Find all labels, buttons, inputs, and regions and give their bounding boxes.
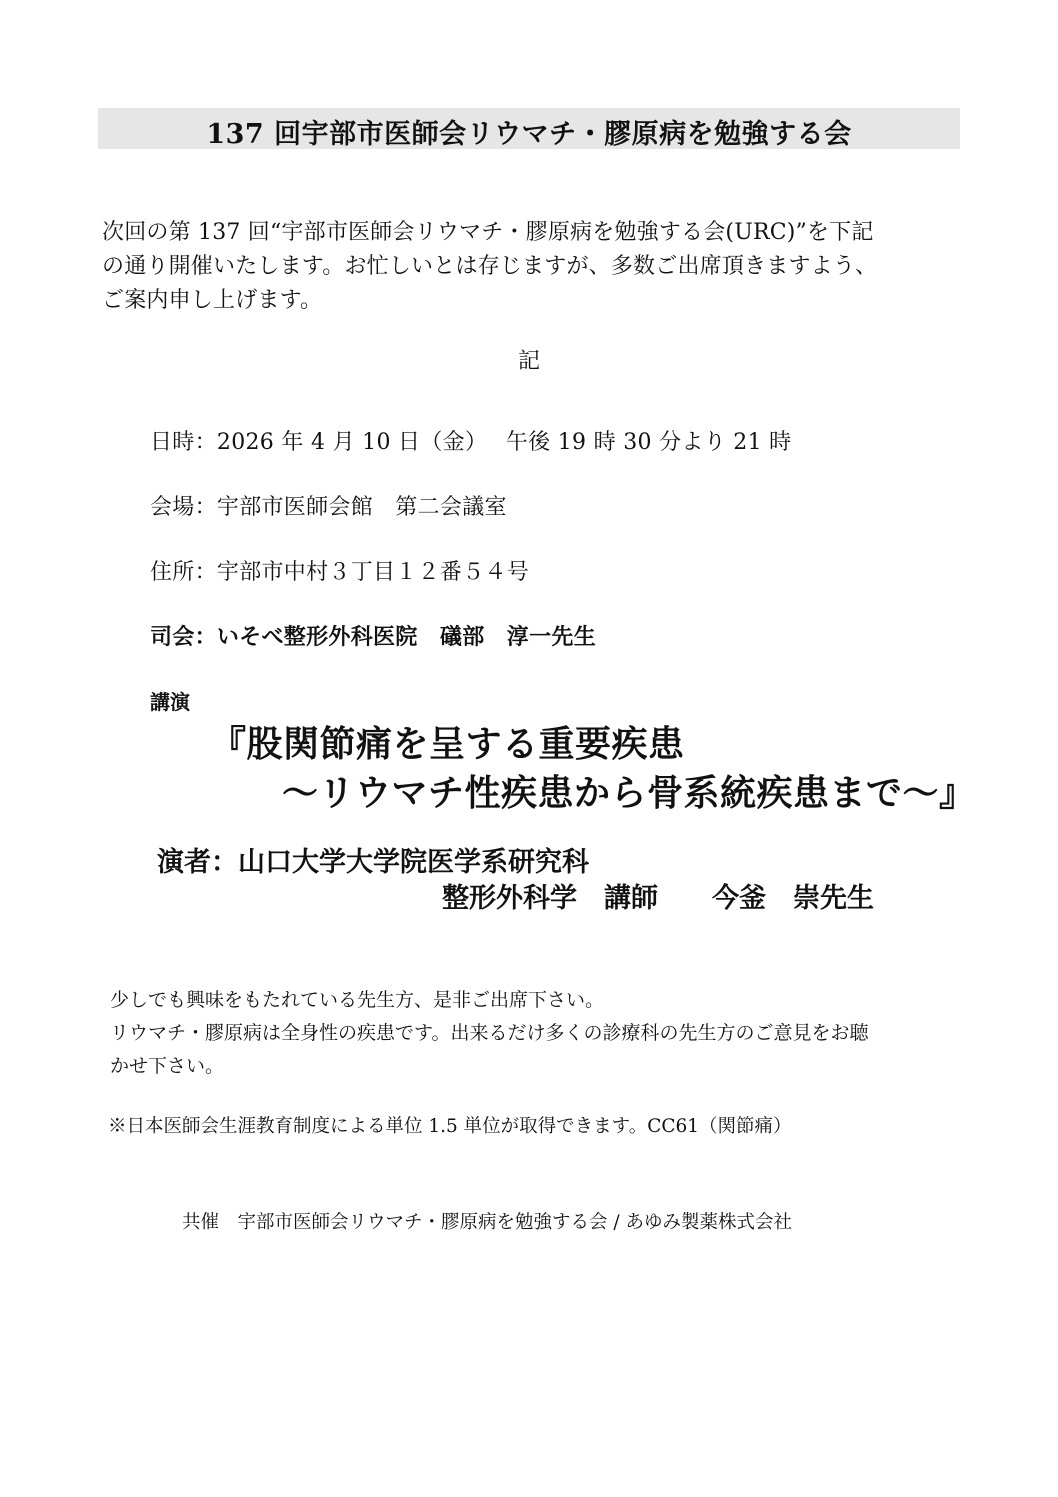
event-address: 住所：宇部市中村３丁目１２番５４号	[150, 555, 529, 586]
intro-line: 次回の第 137 回“宇部市医師会リウマチ・膠原病を勉強する会(URC)”を下記	[102, 216, 877, 250]
sponsor-line: 共催 宇部市医師会リウマチ・膠原病を勉強する会 / あゆみ製薬株式会社	[182, 1208, 792, 1234]
credit-note: ※日本医師会生涯教育制度による単位 1.5 単位が取得できます。CC61（関節痛…	[108, 1112, 792, 1138]
lecture-title-line1: 『股関節痛を呈する重要疾患	[210, 716, 685, 767]
closing-paragraph: 少しでも興味をもたれている先生方、是非ご出席下さい。 リウマチ・膠原病は全身性の…	[110, 984, 868, 1083]
closing-line: かせ下さい。	[110, 1050, 868, 1083]
intro-line: の通り開催いたします。お忙しいとは存じますが、多数ご出席頂きますよう、	[102, 250, 877, 284]
intro-paragraph: 次回の第 137 回“宇部市医師会リウマチ・膠原病を勉強する会(URC)”を下記…	[102, 216, 877, 318]
event-venue: 会場：宇部市医師会館 第二会議室	[150, 490, 507, 521]
event-mc: 司会：いそべ整形外科医院 礒部 淳一先生	[150, 620, 596, 651]
intro-line: ご案内申し上げます。	[102, 284, 877, 318]
lecture-label: 講演	[150, 686, 190, 715]
title-banner: 137 回宇部市医師会リウマチ・膠原病を勉強する会	[98, 108, 960, 149]
closing-line: リウマチ・膠原病は全身性の疾患です。出来るだけ多くの診療科の先生方のご意見をお聴	[110, 1017, 868, 1050]
closing-line: 少しでも興味をもたれている先生方、是非ご出席下さい。	[110, 984, 868, 1017]
lecture-title-line2: ～リウマチ性疾患から骨系統疾患まで～』	[282, 765, 976, 816]
ki-mark: 記	[518, 344, 540, 375]
document-title: 137 回宇部市医師会リウマチ・膠原病を勉強する会	[98, 112, 960, 151]
speaker-name: 整形外科学 講師 今釜 崇先生	[442, 876, 874, 915]
speaker-affiliation: 演者：山口大学大学院医学系研究科	[157, 840, 589, 879]
event-date: 日時：2026 年 4 月 10 日（金） 午後 19 時 30 分より 21 …	[150, 425, 791, 456]
